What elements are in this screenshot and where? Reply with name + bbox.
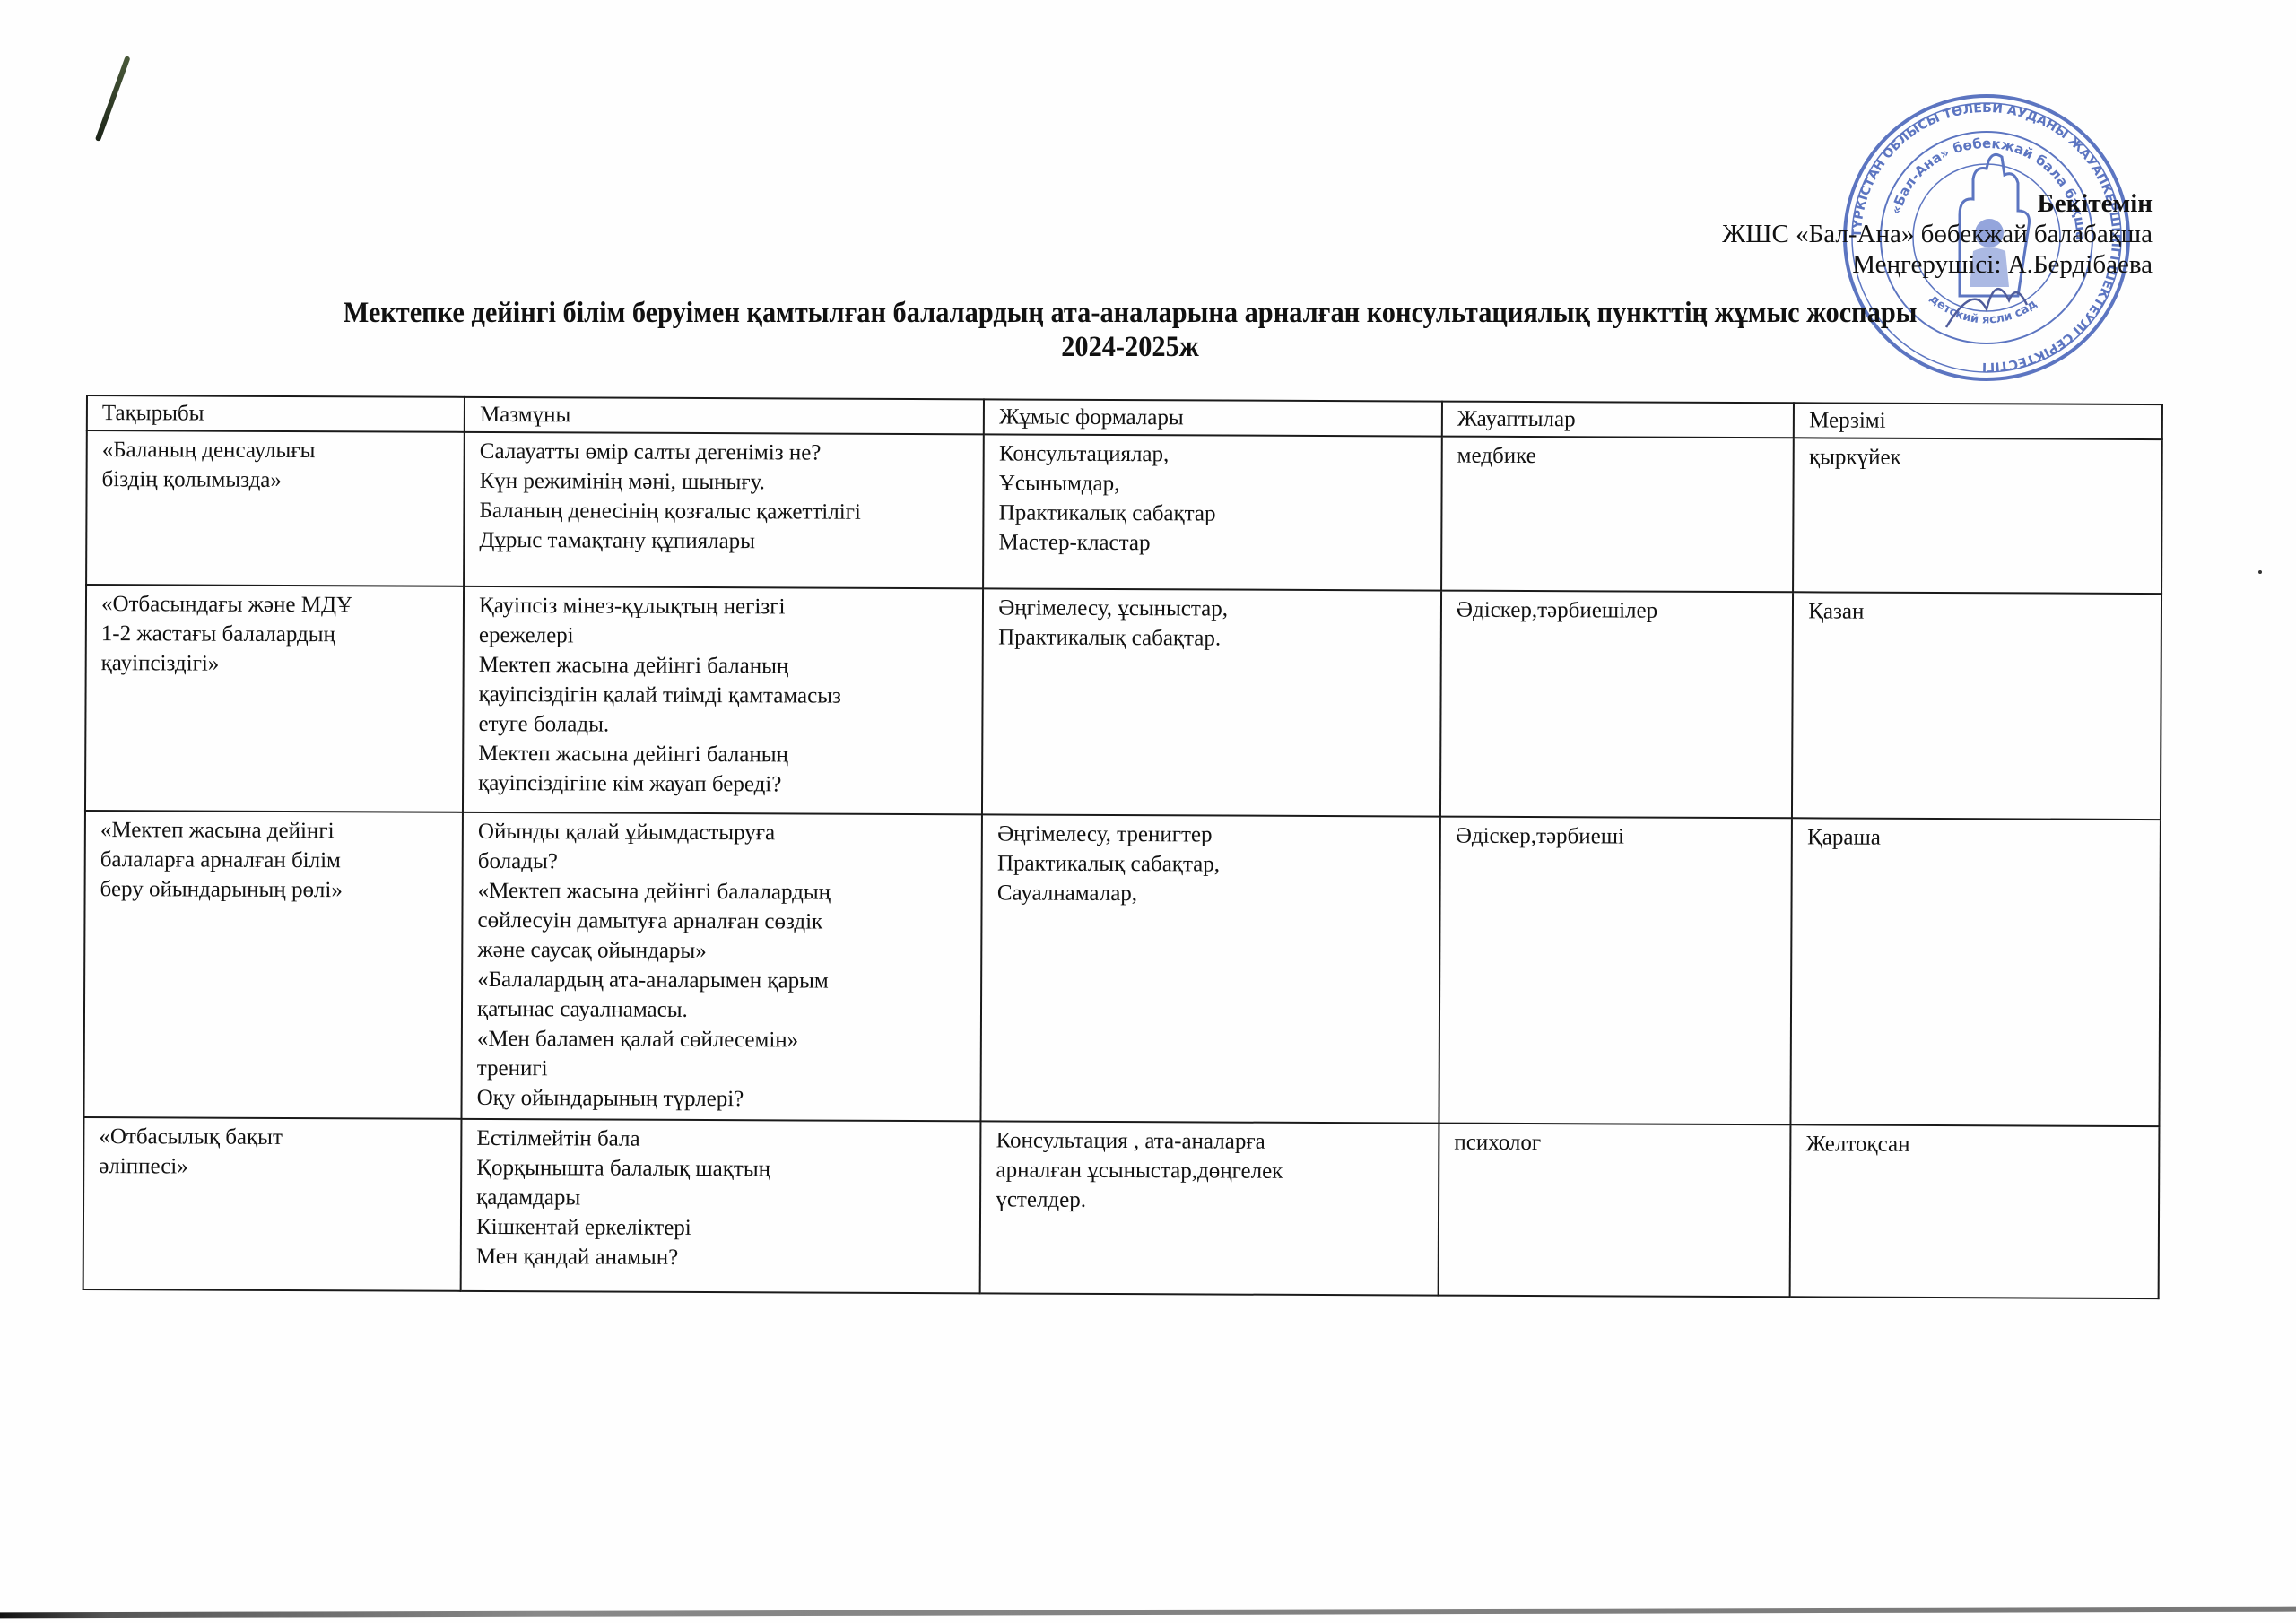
approval-heading: Бекітемін	[1722, 188, 2152, 219]
cell-content: Ойынды қалай ұйымдастыруға болады? «Мект…	[462, 812, 983, 1122]
cell-topic: «Баланың денсаулығы біздің қолымызда»	[86, 430, 465, 586]
topic-line: әліппесі»	[99, 1151, 446, 1183]
content-line: Мен қандай анамын?	[476, 1242, 965, 1273]
cell-deadline: Қараша	[1791, 818, 2161, 1126]
cell-work-forms: Консультациялар, Ұсынымдар, Практикалық …	[983, 434, 1441, 590]
cell-deadline: қыркүйек	[1793, 438, 2161, 594]
content-line: Естілмейтін бала	[476, 1124, 965, 1155]
table-row: «Баланың денсаулығы біздің қолымызда» Са…	[86, 430, 2162, 594]
scan-bottom-edge	[0, 1607, 2296, 1619]
form-line: Ұсынымдар,	[999, 468, 1427, 499]
header-responsible: Жауаптылар	[1442, 402, 1794, 438]
document-title: Мектепке дейінгі білім беруімен қамтылға…	[264, 296, 1996, 364]
content-line: болады?	[478, 846, 967, 878]
content-line: «Балалардың ата-аналарымен қарым	[477, 965, 966, 996]
cell-responsible: Әдіскер,тәрбиеші	[1439, 817, 1792, 1125]
cell-responsible: психолог	[1439, 1124, 1791, 1298]
topic-line: «Отбасылық бақыт	[99, 1122, 446, 1153]
form-line: Практикалық сабақтар	[999, 498, 1427, 529]
cell-content: Қауіпсіз мінез-құлықтың негізгі ережелер…	[463, 586, 983, 815]
topic-line: балаларға арналған білім	[100, 845, 448, 876]
content-line: Қорқынышта балалық шақтың	[476, 1153, 965, 1185]
cell-content: Салауатты өмір салты дегеніміз не? Күн р…	[464, 432, 984, 589]
topic-line: қауіпсіздігі»	[101, 648, 448, 680]
form-line: Консультация , ата-аналарға	[996, 1125, 1424, 1157]
pen-stroke-mark	[95, 56, 131, 142]
document-page: ТҮРКІСТАН ОБЛЫСЫ ТӨЛЕБИ АУДАНЫ ЖАУАПКЕРШ…	[0, 0, 2296, 1623]
header-deadline: Мерзімі	[1794, 403, 2162, 439]
content-line: етуге болады.	[478, 709, 967, 741]
director-signature-line: Меңгерушісі: А.Бердібаева	[1722, 249, 2152, 280]
form-line: Практикалық сабақтар,	[997, 848, 1425, 880]
approval-block: Бекітемін ЖШС «Бал-Ана» бөбекжай балабақ…	[1722, 188, 2152, 280]
header-work-forms: Жұмыс формалары	[984, 399, 1442, 436]
cell-work-forms: Әңгімелесу, тренигтер Практикалық сабақт…	[981, 814, 1440, 1123]
cell-responsible: медбике	[1441, 437, 1794, 593]
cell-content: Естілмейтін бала Қорқынышта балалық шақт…	[461, 1119, 981, 1294]
content-line: қауіпсіздігіне кім жауап береді?	[478, 768, 967, 800]
table-row: «Мектеп жасына дейінгі балаларға арналға…	[83, 811, 2160, 1126]
form-line: Сауалнамалар,	[997, 878, 1425, 909]
content-line: «Мектеп жасына дейінгі балалардың	[478, 876, 967, 907]
table-row: «Отбасындағы және МДҰ 1-2 жастағы балала…	[85, 585, 2161, 820]
content-line: Кішкентай еркеліктері	[476, 1212, 965, 1244]
organization-name: ЖШС «Бал-Ана» бөбекжай балабақша	[1722, 219, 2152, 249]
topic-line: «Отбасындағы және МДҰ	[101, 589, 448, 621]
header-content: Мазмұны	[465, 397, 984, 435]
content-line: Салауатты өмір салты дегеніміз не?	[480, 437, 969, 468]
content-line: қадамдары	[476, 1183, 965, 1214]
scan-speck	[2258, 570, 2262, 574]
topic-line: біздің қолымызда»	[102, 464, 449, 496]
cell-work-forms: Әңгімелесу, ұсыныстар, Практикалық сабақ…	[982, 588, 1441, 816]
form-line: Консультациялар,	[999, 438, 1427, 470]
content-line: Қауіпсіз мінез-құлықтың негізгі	[479, 591, 968, 622]
content-line: «Мен баламен қалай сөйлесемін»	[477, 1024, 966, 1055]
content-line: Мектеп жасына дейінгі баланың	[478, 739, 967, 770]
topic-line: беру ойындарының рөлі»	[100, 874, 448, 906]
content-line: Күн режимінің мәні, шынығу.	[480, 466, 969, 498]
topic-line: 1-2 жастағы балалардың	[101, 619, 448, 650]
content-line: сөйлесуін дамытуға арналған сөздік	[477, 906, 966, 937]
content-line: ережелері	[479, 621, 968, 652]
content-line: Баланың денесінің қозғалыс қажеттілігі	[479, 496, 968, 527]
title-line: Мектепке дейінгі білім беруімен қамтылға…	[264, 296, 1996, 330]
form-line: арналған ұсыныстар,дөңгелек	[996, 1155, 1423, 1186]
content-line: қатынас сауалнамасы.	[477, 994, 966, 1026]
cell-topic: «Отбасындағы және МДҰ 1-2 жастағы балала…	[85, 585, 464, 812]
table-row: «Отбасылық бақыт әліппесі» Естілмейтін б…	[83, 1117, 2160, 1298]
form-line: үстелдер.	[996, 1185, 1423, 1216]
form-line: Практикалық сабақтар.	[998, 622, 1426, 654]
content-line: Оқу ойындарының түрлері?	[477, 1083, 966, 1115]
form-line: Әңгімелесу, тренигтер	[997, 819, 1425, 850]
topic-line: «Мектеп жасына дейінгі	[100, 815, 448, 846]
cell-topic: «Отбасылық бақыт әліппесі»	[83, 1117, 462, 1291]
title-year: 2024-2025ж	[264, 330, 1996, 364]
content-line: Мектеп жасына дейінгі баланың	[479, 650, 968, 681]
header-topic: Тақырыбы	[87, 395, 465, 432]
cell-work-forms: Консультация , ата-аналарға арналған ұсы…	[980, 1121, 1439, 1295]
cell-deadline: Желтоқсан	[1790, 1124, 2160, 1298]
content-line: қауіпсіздігін қалай тиімді қамтамасыз	[479, 680, 968, 711]
content-line: Дұрыс тамақтану құпиялары	[479, 525, 968, 557]
content-line: тренигі	[477, 1054, 966, 1085]
form-line: Мастер-кластар	[998, 527, 1426, 559]
work-plan-table: Тақырыбы Мазмұны Жұмыс формалары Жауапты…	[83, 395, 2163, 1299]
cell-topic: «Мектеп жасына дейінгі балаларға арналға…	[83, 811, 463, 1119]
form-line: Әңгімелесу, ұсыныстар,	[998, 593, 1426, 624]
content-line: Ойынды қалай ұйымдастыруға	[478, 817, 967, 848]
content-line: және саусақ ойындары»	[477, 935, 966, 967]
topic-line: «Баланың денсаулығы	[102, 435, 449, 466]
cell-responsible: Әдіскер,тәрбиешілер	[1440, 591, 1793, 819]
cell-deadline: Қазан	[1792, 592, 2161, 820]
